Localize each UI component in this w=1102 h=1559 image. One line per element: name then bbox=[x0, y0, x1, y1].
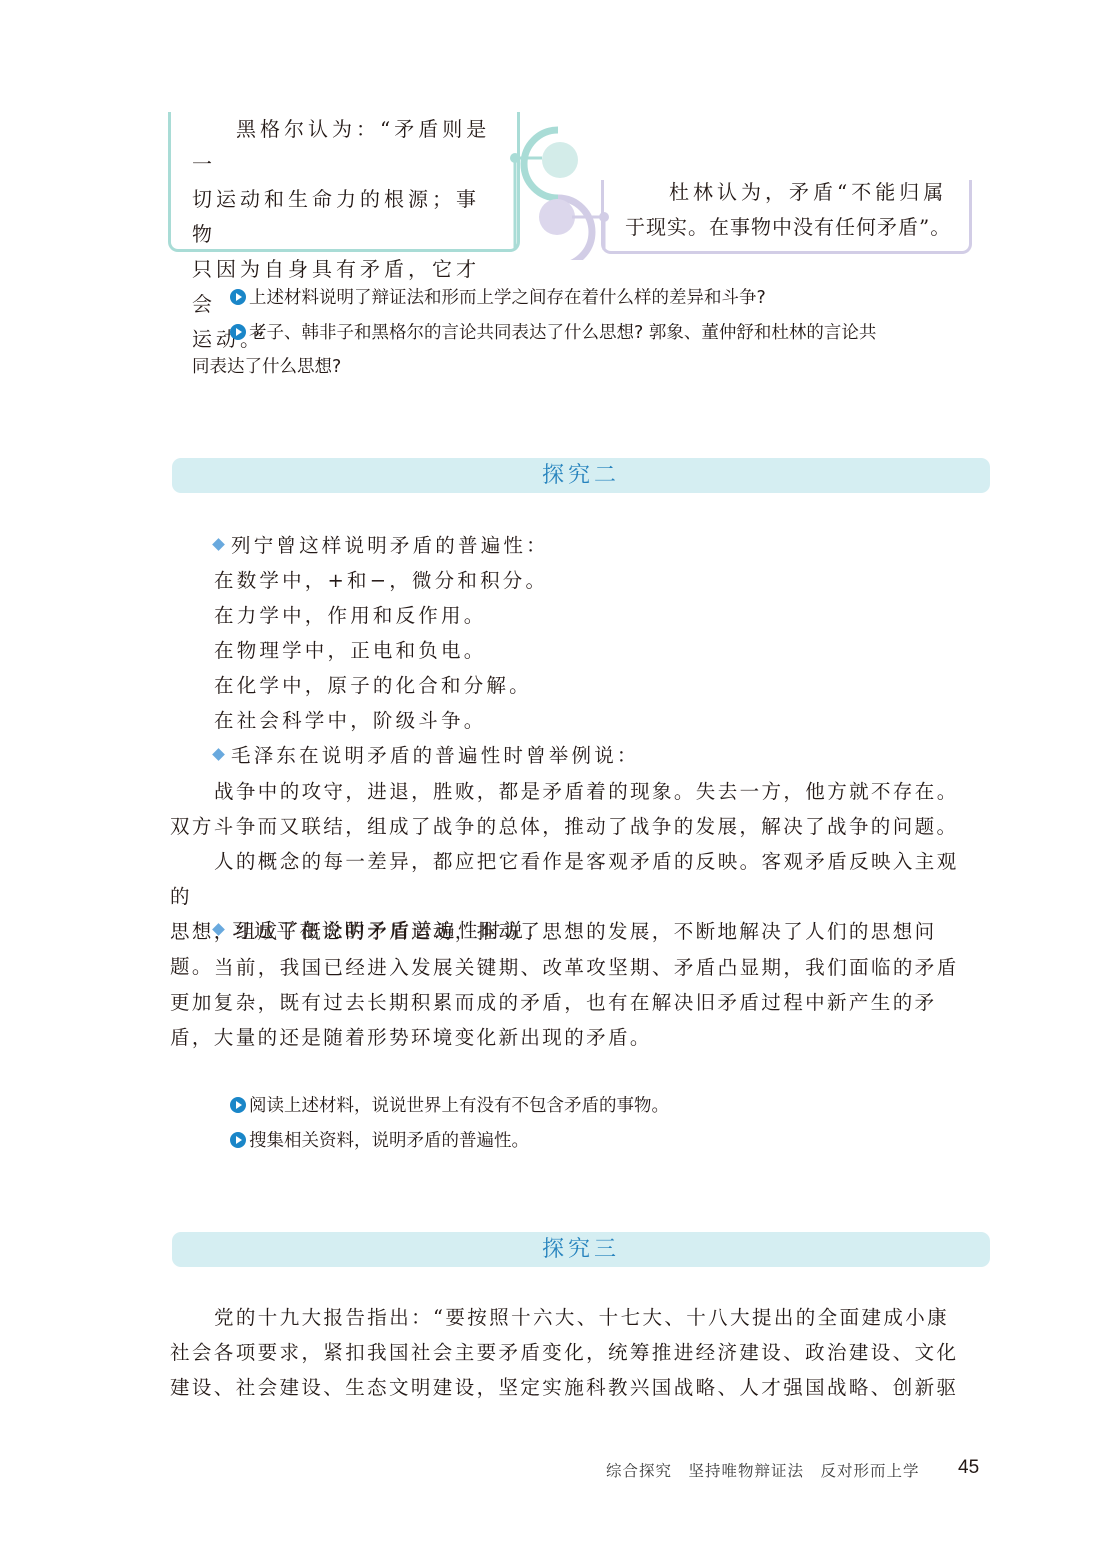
paragraph-line: 更加复杂，既有过去长期积累而成的矛盾，也有在解决旧矛盾过程中新产生的矛 bbox=[170, 985, 970, 1020]
duhring-quote: 杜林认为，矛盾“不能归属 于现实。在事物中没有任何矛盾”。 bbox=[625, 175, 955, 245]
arrow-bullet-icon bbox=[230, 324, 246, 340]
list-item: 在物理学中，正电和负电。 bbox=[214, 633, 548, 668]
paragraph-line: 建设、社会建设、生态文明建设，坚定实施科教兴国战略、人才强国战略、创新驱 bbox=[170, 1370, 970, 1405]
paragraph-line: 党的十九大报告指出：“要按照十六大、十七大、十八大提出的全面建成小康 bbox=[170, 1300, 970, 1335]
paragraph-line: 双方斗争而又联结，组成了战争的总体，推动了战争的发展，解决了战争的问题。 bbox=[170, 809, 970, 844]
paragraph-line: 盾，大量的还是随着形势环境变化新出现的矛盾。 bbox=[170, 1020, 970, 1055]
question-text-continuation: 同表达了什么思想? bbox=[192, 350, 341, 384]
list-item: 在化学中，原子的化合和分解。 bbox=[214, 668, 548, 703]
question-text: 阅读上述材料，说说世界上有没有不包含矛盾的事物。 bbox=[249, 1096, 669, 1116]
lenin-heading: 列宁曾这样说明矛盾的普遍性： bbox=[210, 528, 549, 563]
quote-line: 黑格尔认为：“矛盾则是一 bbox=[192, 112, 497, 182]
lenin-list: 在数学中，+和−，微分和积分。 在力学中，作用和反作用。 在物理学中，正电和负电… bbox=[214, 563, 548, 738]
paragraph-line: 战争中的攻守，进退，胜败，都是矛盾着的现象。失去一方，他方就不存在。 bbox=[170, 774, 970, 809]
running-footer-title: 综合探究 坚持唯物辩证法 反对形而上学 bbox=[606, 1459, 920, 1481]
list-item: 在力学中，作用和反作用。 bbox=[214, 598, 548, 633]
arrow-bullet-icon bbox=[230, 1097, 246, 1113]
question-item: 搜集相关资料，说明矛盾的普遍性。 bbox=[230, 1124, 529, 1158]
paragraph-line: 社会各项要求，紧扣我国社会主要矛盾变化，统筹推进经济建设、政治建设、文化 bbox=[170, 1335, 970, 1370]
question-item: 老子、韩非子和黑格尔的言论共同表达了什么思想? 郭象、董仲舒和杜林的言论共 bbox=[230, 316, 876, 350]
section-header-explore-2: 探究二 bbox=[172, 458, 990, 493]
quote-line: 切运动和生命力的根源；事物 bbox=[192, 182, 497, 252]
page-number: 45 bbox=[958, 1457, 979, 1479]
diamond-bullet-icon bbox=[212, 748, 225, 761]
question-text: 老子、韩非子和黑格尔的言论共同表达了什么思想? 郭象、董仲舒和杜林的言论共 bbox=[249, 323, 876, 343]
section-header-explore-3: 探究三 bbox=[172, 1232, 990, 1267]
paragraph-line: 当前，我国已经进入发展关键期、改革攻坚期、矛盾凸显期，我们面临的矛盾 bbox=[170, 950, 970, 985]
list-item: 在社会科学中，阶级斗争。 bbox=[214, 703, 548, 738]
mao-heading: 毛泽东在说明矛盾的普遍性时曾举例说： bbox=[210, 738, 640, 773]
diamond-bullet-icon bbox=[212, 538, 225, 551]
connector-decoration-icon bbox=[500, 120, 630, 260]
heading-text: 毛泽东在说明矛盾的普遍性时曾举例说： bbox=[231, 744, 640, 767]
section3-paragraph: 党的十九大报告指出：“要按照十六大、十七大、十八大提出的全面建成小康 社会各项要… bbox=[170, 1300, 970, 1405]
diamond-bullet-icon bbox=[212, 923, 225, 936]
question-text: 搜集相关资料，说明矛盾的普遍性。 bbox=[249, 1131, 529, 1151]
question-item: 阅读上述材料，说说世界上有没有不包含矛盾的事物。 bbox=[230, 1089, 669, 1123]
heading-text: 列宁曾这样说明矛盾的普遍性： bbox=[231, 534, 549, 557]
question-text: 上述材料说明了辩证法和形而上学之间存在着什么样的差异和斗争? bbox=[249, 288, 766, 308]
quote-line: 于现实。在事物中没有任何矛盾”。 bbox=[625, 210, 955, 245]
list-item: 在数学中，+和−，微分和积分。 bbox=[214, 563, 548, 598]
arrow-bullet-icon bbox=[230, 289, 246, 305]
heading-text: 习近平在说明矛盾普遍性时说： bbox=[231, 919, 549, 942]
arrow-bullet-icon bbox=[230, 1132, 246, 1148]
xi-paragraph: 当前，我国已经进入发展关键期、改革攻坚期、矛盾凸显期，我们面临的矛盾 更加复杂，… bbox=[170, 950, 970, 1055]
quote-line: 杜林认为，矛盾“不能归属 bbox=[625, 175, 955, 210]
paragraph-line: 人的概念的每一差异，都应把它看作是客观矛盾的反映。客观矛盾反映入主观的 bbox=[170, 844, 970, 914]
question-item: 上述材料说明了辩证法和形而上学之间存在着什么样的差异和斗争? bbox=[230, 281, 766, 315]
xi-heading: 习近平在说明矛盾普遍性时说： bbox=[210, 913, 549, 948]
